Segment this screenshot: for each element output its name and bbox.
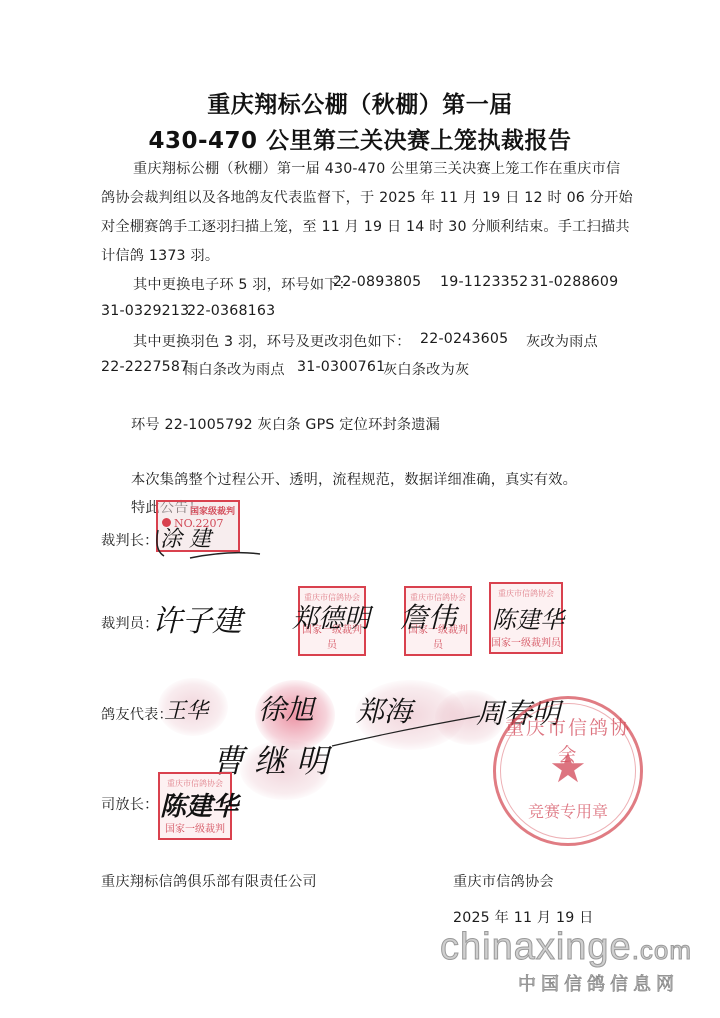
ring-number: 19-1123352 — [440, 274, 528, 290]
signature-stroke-icon — [150, 520, 270, 560]
referee-signature: 詹伟 — [400, 596, 456, 636]
footer-right-org: 重庆市信鸽协会 — [453, 871, 554, 891]
releaser-label: 司放长： — [101, 794, 159, 814]
paragraph-line: 鸽协会裁判组以及各地鸽友代表监督下，于 2025 年 11 月 19 日 12 … — [101, 187, 633, 207]
footer-left-org: 重庆翔标信鸽俱乐部有限责任公司 — [101, 871, 317, 891]
color-change-value: 灰白条改为灰 — [383, 359, 469, 379]
referee-signature: 陈建华 — [492, 600, 564, 635]
watermark-cn-name: 中 国 信 鸽 信 息 网 — [518, 970, 674, 996]
watermark-tld: .com — [632, 935, 692, 965]
document-title-line2: 430-470 公里第三关决赛上笼执裁报告 — [0, 122, 720, 155]
ring-number: 22-0368163 — [187, 303, 275, 319]
seal-bottom-text: 竞赛专用章 — [496, 799, 640, 822]
referees-label: 裁判员： — [101, 613, 159, 633]
ring-number: 31-0329213 — [101, 303, 189, 319]
ring-number: 22-0893805 — [333, 274, 421, 290]
referee-signature: 许子建 — [152, 596, 242, 640]
ring-replacement-intro: 其中更换电子环 5 羽，环号如下： — [133, 274, 353, 294]
signature-stroke-icon — [330, 710, 490, 750]
footer-date: 2025 年 11 月 19 日 — [453, 907, 594, 927]
ring-number: 31-0288609 — [530, 274, 618, 290]
color-change-ring: 31-0300761 — [297, 359, 385, 375]
paragraph-line: 计信鸽 1373 羽。 — [101, 245, 219, 265]
representative-signature: 王华 — [164, 694, 208, 725]
color-change-value: 雨白条改为雨点 — [184, 359, 285, 379]
color-change-ring: 22-2227587 — [101, 359, 189, 375]
color-change-value: 灰改为雨点 — [526, 331, 598, 351]
color-change-intro: 其中更换羽色 3 羽，环号及更改羽色如下： — [133, 331, 411, 351]
referee-signature: 郑德明 — [292, 598, 370, 635]
watermark-logo: chinaxinge.com — [440, 926, 692, 969]
paragraph-line: 重庆翔标公棚（秋棚）第一届 430-470 公里第三关决赛上笼工作在重庆市信 — [133, 158, 620, 178]
gps-note: 环号 22-1005792 灰白条 GPS 定位环封条遗漏 — [131, 414, 440, 434]
star-icon: ★ — [496, 743, 640, 792]
representative-signature: 徐旭 — [258, 688, 314, 728]
releaser-signature: 陈建华 — [160, 786, 238, 823]
conclusion-text: 本次集鸽整个过程公开、透明，流程规范，数据详细准确，真实有效。 — [131, 469, 577, 489]
document-title-line1: 重庆翔标公棚（秋棚）第一届 — [0, 86, 720, 119]
watermark-domain: chinaxinge — [440, 926, 632, 968]
stamp-title: 国家级裁判 — [158, 504, 238, 517]
paragraph-line: 对全棚赛鸽手工逐羽扫描上笼，至 11 月 19 日 14 时 30 分顺利结束。… — [101, 216, 630, 236]
color-change-ring: 22-0243605 — [420, 331, 508, 347]
association-seal: 重庆市信鸽协会 ★ 竞赛专用章 — [493, 696, 643, 846]
